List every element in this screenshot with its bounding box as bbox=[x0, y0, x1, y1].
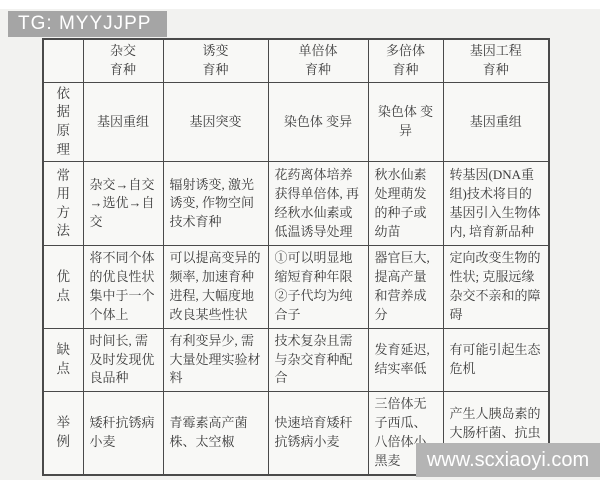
cell-principle-haploid: 染色体 变异 bbox=[268, 82, 368, 162]
cell-principle-mutation: 基因突变 bbox=[163, 82, 268, 162]
col-header-mutation: 诱变 育种 bbox=[163, 39, 268, 82]
cell-principle-hybridization: 基因重组 bbox=[83, 82, 163, 162]
cell-advantages-genetic-engineering: 定向改变生物的性状; 克服远缘杂交不亲和的障碍 bbox=[443, 246, 549, 328]
cell-method-genetic-engineering: 转基因(DNA重组)技术将目的基因引入生物体内, 培育新品种 bbox=[443, 162, 549, 246]
cell-method-haploid: 花药离体培养获得单倍体, 再经秋水仙素或低温诱导处理 bbox=[268, 162, 368, 246]
watermark-bar: www.scxiaoyi.com bbox=[416, 443, 600, 477]
col-header-haploid: 单倍体 育种 bbox=[268, 39, 368, 82]
cell-advantages-polyploid: 器官巨大, 提高产量和营养成分 bbox=[368, 246, 443, 328]
cell-disadvantages-hybridization: 时间长, 需及时发现优良品种 bbox=[83, 328, 163, 392]
cell-principle-polyploid: 染色体 变异 bbox=[368, 82, 443, 162]
row-label-principle: 依据原理 bbox=[43, 82, 83, 162]
row-label-text: 依据原理 bbox=[56, 85, 71, 160]
tg-badge: TG: MYYJJPP bbox=[8, 11, 167, 37]
top-strip bbox=[0, 0, 600, 9]
row-disadvantages: 缺点 时间长, 需及时发现优良品种 有利变异少, 需大量处理实验材料 技术复杂且… bbox=[43, 328, 549, 392]
col-header-polyploid: 多倍体 育种 bbox=[368, 39, 443, 82]
watermark-text: www.scxiaoyi.com bbox=[427, 449, 589, 471]
breeding-methods-table: 杂交 育种 诱变 育种 单倍体 育种 多倍体 育种 基因工程 育种 依据原理 基… bbox=[42, 38, 550, 476]
col-header-genetic-engineering: 基因工程 育种 bbox=[443, 39, 549, 82]
row-label-method: 常用方法 bbox=[43, 162, 83, 246]
cell-method-polyploid: 秋水仙素处理萌发的种子或幼苗 bbox=[368, 162, 443, 246]
row-label-text: 缺点 bbox=[56, 341, 71, 378]
cell-method-mutation: 辐射诱变, 激光诱变, 作物空间技术育种 bbox=[163, 162, 268, 246]
row-label-text: 优点 bbox=[56, 268, 71, 305]
cell-principle-genetic-engineering: 基因重组 bbox=[443, 82, 549, 162]
row-label-text: 常用方法 bbox=[56, 167, 71, 242]
cell-disadvantages-mutation: 有利变异少, 需大量处理实验材料 bbox=[163, 328, 268, 392]
cell-disadvantages-polyploid: 发育延迟, 结实率低 bbox=[368, 328, 443, 392]
row-label-text: 举例 bbox=[56, 414, 71, 451]
cell-advantages-mutation: 可以提高变异的频率, 加速育种进程, 大幅度地改良某些性状 bbox=[163, 246, 268, 328]
corner-cell bbox=[43, 39, 83, 82]
cell-disadvantages-genetic-engineering: 有可能引起生态危机 bbox=[443, 328, 549, 392]
row-advantages: 优点 将不同个体的优良性状集中于一个个体上 可以提高变异的频率, 加速育种进程,… bbox=[43, 246, 549, 328]
header-row: 杂交 育种 诱变 育种 单倍体 育种 多倍体 育种 基因工程 育种 bbox=[43, 39, 549, 82]
row-label-examples: 举例 bbox=[43, 392, 83, 475]
row-method: 常用方法 杂交→自交→选优→自交 辐射诱变, 激光诱变, 作物空间技术育种 花药… bbox=[43, 162, 549, 246]
row-principle: 依据原理 基因重组 基因突变 染色体 变异 染色体 变异 基因重组 bbox=[43, 82, 549, 162]
cell-disadvantages-haploid: 技术复杂且需与杂交育种配合 bbox=[268, 328, 368, 392]
cell-advantages-hybridization: 将不同个体的优良性状集中于一个个体上 bbox=[83, 246, 163, 328]
cell-examples-hybridization: 矮秆抗锈病小麦 bbox=[83, 392, 163, 475]
row-label-advantages: 优点 bbox=[43, 246, 83, 328]
cell-examples-haploid: 快速培育矮秆抗锈病小麦 bbox=[268, 392, 368, 475]
col-header-hybridization: 杂交 育种 bbox=[83, 39, 163, 82]
row-label-disadvantages: 缺点 bbox=[43, 328, 83, 392]
cell-advantages-haploid: ①可以明显地缩短育种年限 ②子代均为纯合子 bbox=[268, 246, 368, 328]
cell-examples-mutation: 青霉素高产菌株、太空椒 bbox=[163, 392, 268, 475]
cell-method-hybridization: 杂交→自交→选优→自交 bbox=[83, 162, 163, 246]
